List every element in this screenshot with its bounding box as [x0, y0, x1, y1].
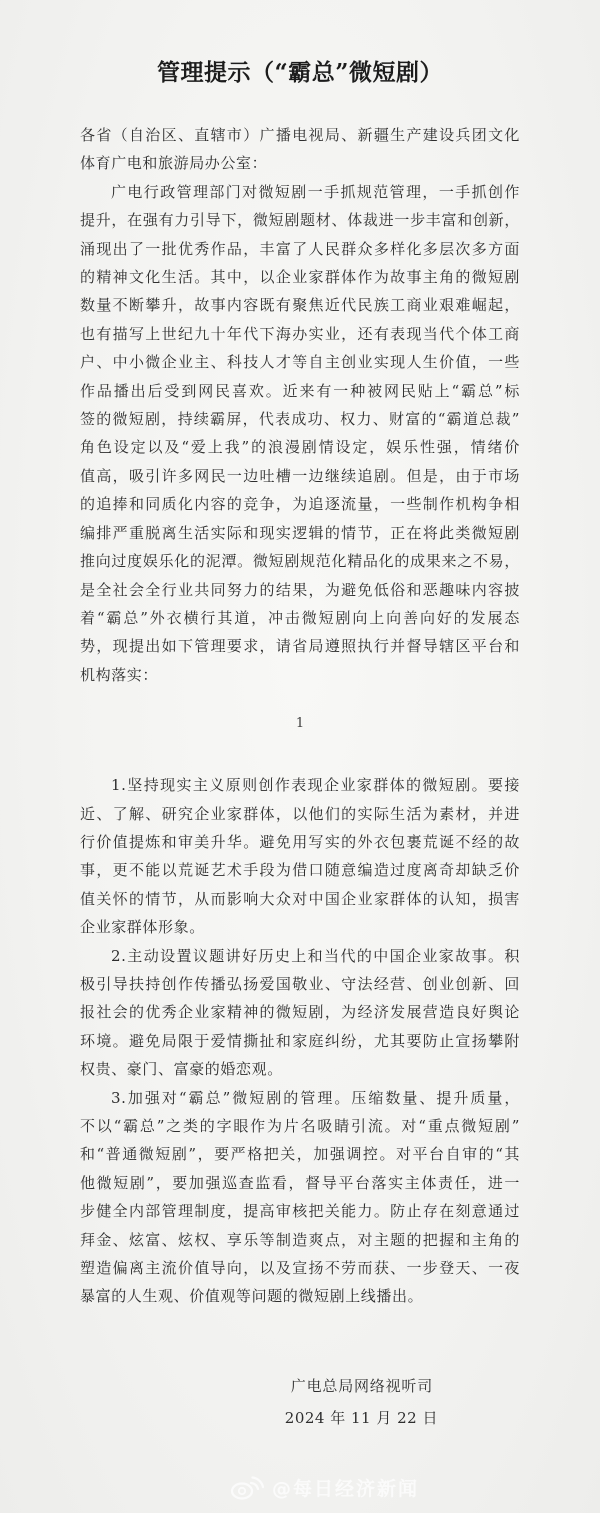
text-line: 值高，吸引许多网民一边吐槽一边继续追剧。但是，由于市场 [80, 462, 520, 490]
watermark-text: @每日经济新闻 [272, 1474, 419, 1501]
text-line: 权贵、豪门、富豪的婚恋观。 [80, 1055, 520, 1083]
text-line: 2.主动设置议题讲好历史上和当代的中国企业家故事。积 [80, 942, 520, 970]
text-line: 数量不断攀升，故事内容既有聚焦近代民族工商业艰难崛起， [80, 291, 520, 319]
text-line: 的精神文化生活。其中，以企业家群体作为故事主角的微短剧 [80, 263, 520, 291]
text-line: 编排严重脱离生活实际和现实逻辑的情节，正在将此类微短剧 [80, 519, 520, 547]
section-1: 1.坚持现实主义原则创作表现企业家群体的微短剧。要接近、了解、研究企业家群体，以… [80, 771, 520, 941]
text-line: 涌现出了一批优秀作品，丰富了人民群众多样化多层次多方面 [80, 235, 520, 263]
text-line: 他微短剧”，要加强巡查监看，督导平台落实主体责任，进一 [80, 1169, 520, 1197]
page-number: 1 [80, 710, 520, 738]
weibo-icon [230, 1473, 264, 1501]
document-content: 管理提示（“霸总”微短剧） 各省（自治区、直辖市）广播电视局、新疆生产建设兵团文… [80, 0, 520, 1433]
text-line: 推向过度娱乐化的泥潭。微短剧规范化精品化的成果来之不易， [80, 547, 520, 575]
text-line: 3.加强对“霸总”微短剧的管理。压缩数量、提升质量， [80, 1084, 520, 1112]
watermark: @每日经济新闻 [230, 1473, 419, 1501]
text-line: 企业家群体形象。 [80, 913, 520, 941]
signature: 广电总局网络视听司 [80, 1372, 520, 1400]
text-line: 行价值提炼和审美升华。避免用写实的外衣包裹荒诞不经的故 [80, 828, 520, 856]
section-2: 2.主动设置议题讲好历史上和当代的中国企业家故事。积极引导扶持创作传播弘扬爱国敬… [80, 942, 520, 1084]
text-line: 的追捧和同质化内容的竞争，为追逐流量，一些制作机构争相 [80, 490, 520, 518]
date: 2024 年 11 月 22 日 [80, 1404, 520, 1432]
text-line: 角色设定以及“爱上我”的浪漫剧情设定，娱乐性强，情绪价 [80, 433, 520, 461]
text-line: 报社会的优秀企业家精神的微短剧，为经济发展营造良好舆论 [80, 998, 520, 1026]
intro-paragraph: 广电行政管理部门对微短剧一手抓规范管理，一手抓创作提升，在强有力引导下，微短剧题… [80, 178, 520, 689]
text-line: 势，现提出如下管理要求，请省局遵照执行并督导辖区平台和 [80, 632, 520, 660]
text-line: 户、中小微企业主、科技人才等自主创业实现人生价值，一些 [80, 348, 520, 376]
text-line: 步健全内部管理制度，提高审核把关能力。防止存在刻意通过 [80, 1197, 520, 1225]
text-line: 事，更不能以荒诞艺术手段为借口随意编造过度离奇却缺乏价 [80, 856, 520, 884]
text-line: 和“普通微短剧”，要严格把关，加强调控。对平台自审的“其 [80, 1140, 520, 1168]
document-title: 管理提示（“霸总”微短剧） [80, 56, 520, 90]
document-page: 管理提示（“霸总”微短剧） 各省（自治区、直辖市）广播电视局、新疆生产建设兵团文… [0, 0, 600, 1513]
text-line: 体育广电和旅游局办公室： [80, 149, 520, 177]
text-line: 各省（自治区、直辖市）广播电视局、新疆生产建设兵团文化 [80, 121, 520, 149]
text-line: 塑造偏离主流价值导向，以及宣扬不劳而获、一步登天、一夜 [80, 1254, 520, 1282]
text-line: 广电行政管理部门对微短剧一手抓规范管理，一手抓创作 [80, 178, 520, 206]
text-line: 不以“霸总”之类的字眼作为片名吸睛引流。对“重点微短剧” [80, 1112, 520, 1140]
text-line: 1.坚持现实主义原则创作表现企业家群体的微短剧。要接 [80, 771, 520, 799]
text-line: 近、了解、研究企业家群体，以他们的实际生活为素材，并进 [80, 800, 520, 828]
section-3: 3.加强对“霸总”微短剧的管理。压缩数量、提升质量，不以“霸总”之类的字眼作为片… [80, 1084, 520, 1311]
text-line: 签的微短剧，持续霸屏，代表成功、权力、财富的“霸道总裁” [80, 405, 520, 433]
salutation: 各省（自治区、直辖市）广播电视局、新疆生产建设兵团文化体育广电和旅游局办公室： [80, 121, 520, 178]
text-line: 拜金、炫富、炫权、享乐等制造爽点，对主题的把握和主角的 [80, 1226, 520, 1254]
text-line: 是全社会全行业共同努力的结果，为避免低俗和恶趣味内容披 [80, 576, 520, 604]
text-line: 环境。避免局限于爱情撕扯和家庭纠纷，尤其要防止宣扬攀附 [80, 1027, 520, 1055]
text-line: 暴富的人生观、价值观等问题的微短剧上线播出。 [80, 1282, 520, 1310]
text-line: 值关怀的情节，从而影响大众对中国企业家群体的认知，损害 [80, 885, 520, 913]
text-line: 极引导扶持创作传播弘扬爱国敬业、守法经营、创业创新、回 [80, 970, 520, 998]
text-line: 作品播出后受到网民喜欢。近来有一种被网民贴上“霸总”标 [80, 377, 520, 405]
text-line: 提升，在强有力引导下，微短剧题材、体裁进一步丰富和创新， [80, 206, 520, 234]
text-line: 也有描写上世纪九十年代下海办实业，还有表现当代个体工商 [80, 320, 520, 348]
text-line: 着“霸总”外衣横行其道，冲击微短剧向上向善向好的发展态 [80, 604, 520, 632]
text-line: 机构落实： [80, 661, 520, 689]
